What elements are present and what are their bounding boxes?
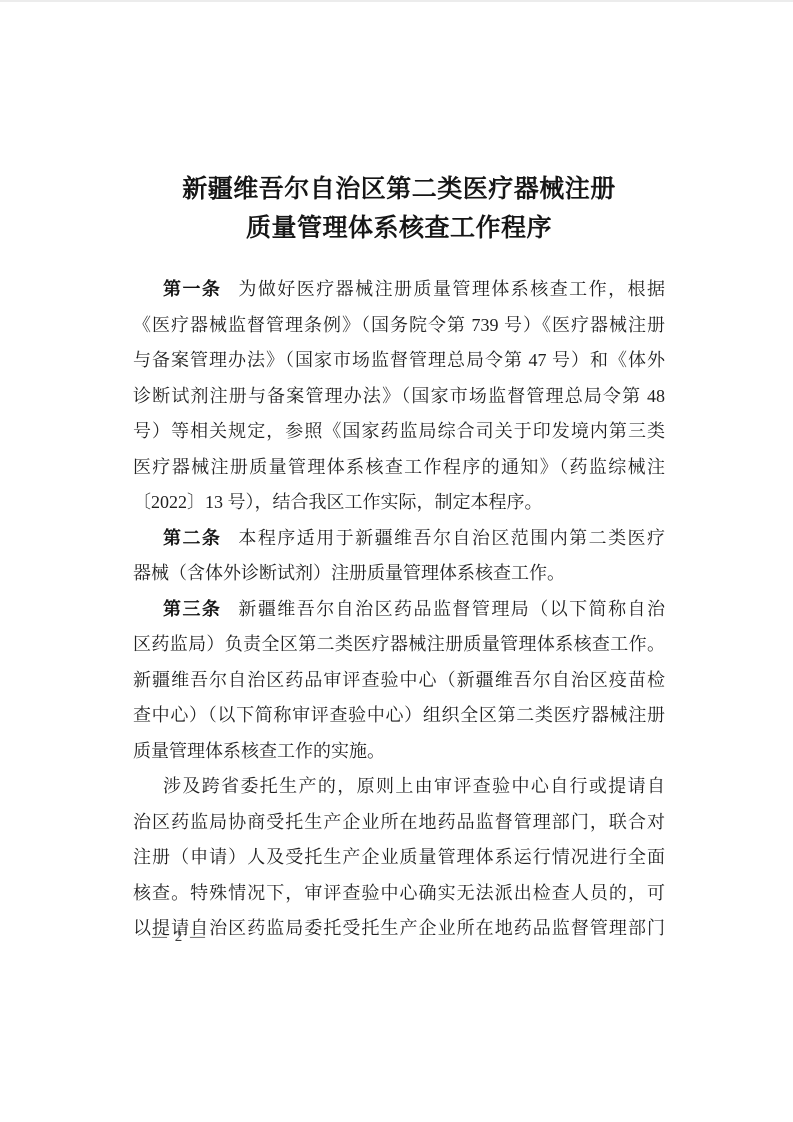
text-line: 涉及跨省委托生产的，原则上由审评查验中心自行或提请自 xyxy=(133,769,665,805)
document-title: 新疆维吾尔自治区第二类医疗器械注册 质量管理体系核查工作程序 xyxy=(133,170,665,248)
text-line: 第一条为做好医疗器械注册质量管理体系核查工作，根据 xyxy=(133,272,665,308)
text-line: 核查。特殊情况下，审评查验中心确实无法派出检查人员的，可 xyxy=(133,876,665,912)
article-number-label: 第三条 xyxy=(163,599,221,619)
text-line: 医疗器械注册质量管理体系核查工作程序的通知》（药监综械注 xyxy=(133,450,665,486)
text-line: 《医疗器械监督管理条例》（国务院令第 739 号）《医疗器械注册 xyxy=(133,308,665,344)
text-line: 质量管理体系核查工作的实施。 xyxy=(133,734,665,770)
text-line: 第三条新疆维吾尔自治区药品监督管理局（以下简称自治 xyxy=(133,592,665,628)
paragraph-3: 第三条新疆维吾尔自治区药品监督管理局（以下简称自治区药监局）负责全区第二类医疗器… xyxy=(133,592,665,770)
title-line-1: 新疆维吾尔自治区第二类医疗器械注册 xyxy=(133,170,665,209)
document-body: 第一条为做好医疗器械注册质量管理体系核查工作，根据《医疗器械监督管理条例》（国务… xyxy=(133,272,665,947)
text-line: 第二条本程序适用于新疆维吾尔自治区范围内第二类医疗 xyxy=(133,521,665,557)
text-line: 器械（含体外诊断试剂）注册质量管理体系核查工作。 xyxy=(133,556,665,592)
document-page: 新疆维吾尔自治区第二类医疗器械注册 质量管理体系核查工作程序 第一条为做好医疗器… xyxy=(0,0,793,1122)
text-line: 查中心）（以下简称审评查验中心）组织全区第二类医疗器械注册 xyxy=(133,698,665,734)
page-number: — 2 — xyxy=(152,926,207,948)
title-line-2: 质量管理体系核查工作程序 xyxy=(133,209,665,248)
text-line: 号）等相关规定，参照《国家药监局综合司关于印发境内第三类 xyxy=(133,414,665,450)
paragraph-4: 涉及跨省委托生产的，原则上由审评查验中心自行或提请自治区药监局协商受托生产企业所… xyxy=(133,769,665,947)
text-line: 区药监局）负责全区第二类医疗器械注册质量管理体系核查工作。 xyxy=(133,627,665,663)
paragraph-2: 第二条本程序适用于新疆维吾尔自治区范围内第二类医疗器械（含体外诊断试剂）注册质量… xyxy=(133,521,665,592)
text-line: 新疆维吾尔自治区药品审评查验中心（新疆维吾尔自治区疫苗检 xyxy=(133,663,665,699)
text-line: 以提请自治区药监局委托受托生产企业所在地药品监督管理部门 xyxy=(133,911,665,947)
text-line: 诊断试剂注册与备案管理办法》（国家市场监督管理总局令第 48 xyxy=(133,379,665,415)
article-number-label: 第二条 xyxy=(163,528,221,548)
text-line: 与备案管理办法》（国家市场监督管理总局令第 47 号）和《体外 xyxy=(133,343,665,379)
article-number-label: 第一条 xyxy=(163,279,221,299)
text-line: 注册（申请）人及受托生产企业质量管理体系运行情况进行全面 xyxy=(133,840,665,876)
text-line: 治区药监局协商受托生产企业所在地药品监督管理部门，联合对 xyxy=(133,805,665,841)
paragraph-1: 第一条为做好医疗器械注册质量管理体系核查工作，根据《医疗器械监督管理条例》（国务… xyxy=(133,272,665,521)
text-line: 〔2022〕13 号），结合我区工作实际，制定本程序。 xyxy=(133,485,665,521)
